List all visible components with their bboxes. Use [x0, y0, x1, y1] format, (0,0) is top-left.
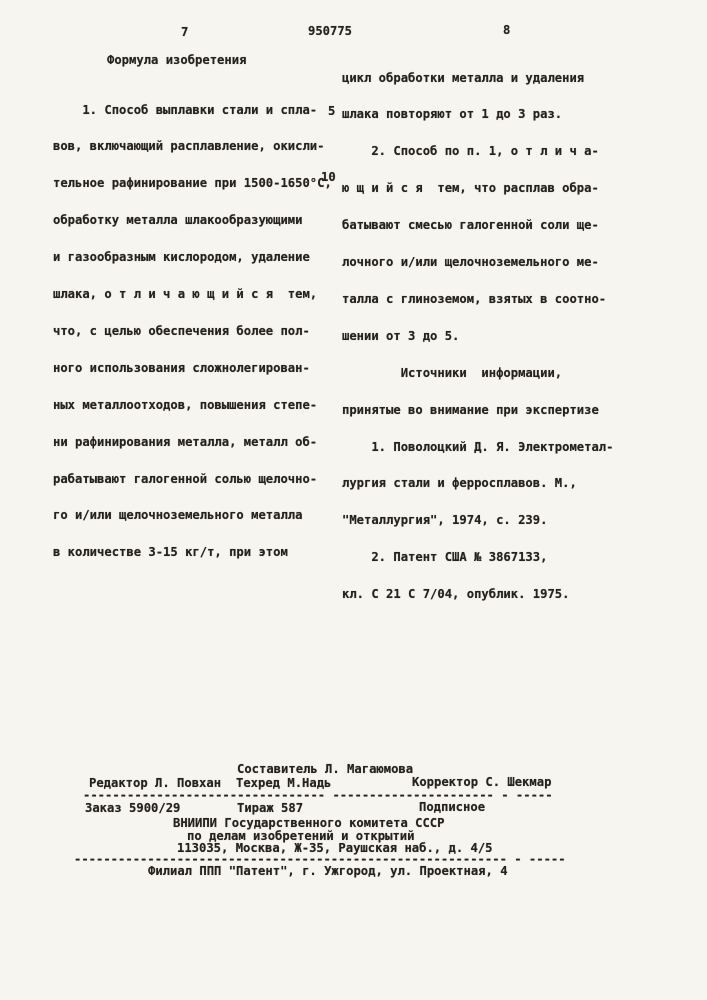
text-line: го и/или щелочноземельного металла [53, 509, 332, 521]
text-line: шении от 3 до 5. [342, 330, 614, 342]
text-line: 2. Патент США № 3867133, [342, 551, 614, 563]
text-line: шлака повторяют от 1 до 3 раз. [342, 108, 614, 120]
text-line: кл. C 21 C 7/04, опублик. 1975. [342, 588, 614, 600]
text-line: цикл обработки металла и удаления [342, 72, 614, 84]
text-line: батывают смесью галогенной соли ще- [342, 219, 614, 231]
text-line: что, с целью обеспечения более пол- [53, 325, 332, 337]
footer-order-number: Заказ 5900/29 [85, 802, 180, 814]
text-line: лочного и/или щелочноземельного ме- [342, 256, 614, 268]
text-line: "Металлургия", 1974, с. 239. [342, 514, 614, 526]
text-line: обработку металла шлакообразующими [53, 214, 332, 226]
claims-left-column: 1. Способ выплавки стали и спла- вов, вк… [53, 79, 332, 583]
page-number-left: 7 [181, 26, 188, 38]
claims-right-column: цикл обработки металла и удаления шлака … [342, 47, 614, 625]
footer-branch-address: Филиал ППП "Патент", г. Ужгород, ул. Про… [148, 865, 508, 877]
footer-corrector: Корректор С. Шекмар [412, 776, 551, 788]
footer-print-run: Тираж 587 [237, 802, 303, 814]
footer-compiler: Составитель Л. Магаюмова [237, 763, 413, 775]
text-line: ни рафинирования металла, металл об- [53, 436, 332, 448]
gutter-line-number-10: 10 [321, 171, 336, 183]
text-line: рабатывают галогенной солью щелочно- [53, 473, 332, 485]
footer-organization: ВНИИПИ Государственного комитета СССР [173, 817, 445, 829]
text-line: Источники информации, [342, 367, 614, 379]
patent-number: 950775 [308, 25, 352, 37]
text-line: 1. Поволоцкий Д. Я. Электрометал- [342, 441, 614, 453]
text-line: лургия стали и ферросплавов. М., [342, 477, 614, 489]
claims-section-title: Формула изобретения [107, 54, 246, 66]
text-line: шлака, о т л и ч а ю щ и й с я тем, [53, 288, 332, 300]
page-number-right: 8 [503, 24, 510, 36]
text-line: и газообразным кислородом, удаление [53, 251, 332, 263]
text-line: ных металлоотходов, повышения степе- [53, 399, 332, 411]
patent-document-page: 7 950775 8 Формула изобретения 1. Способ… [0, 0, 707, 1000]
gutter-line-number-5: 5 [328, 105, 335, 117]
text-line: тельное рафинирование при 1500-1650°С, [53, 177, 332, 189]
text-line: 2. Способ по п. 1, о т л и ч а- [342, 145, 614, 157]
text-line: ного использования сложнолегирован- [53, 362, 332, 374]
text-line: 1. Способ выплавки стали и спла- [53, 104, 332, 116]
text-line: вов, включающий расплавление, окисли- [53, 140, 332, 152]
text-line: талла с глиноземом, взятых в соотно- [342, 293, 614, 305]
text-line: принятые во внимание при экспертизе [342, 404, 614, 416]
text-line: в количестве 3-15 кг/т, при этом [53, 546, 332, 558]
text-line: ю щ и й с я тем, что расплав обра- [342, 182, 614, 194]
footer-subscription: Подписное [419, 801, 485, 813]
